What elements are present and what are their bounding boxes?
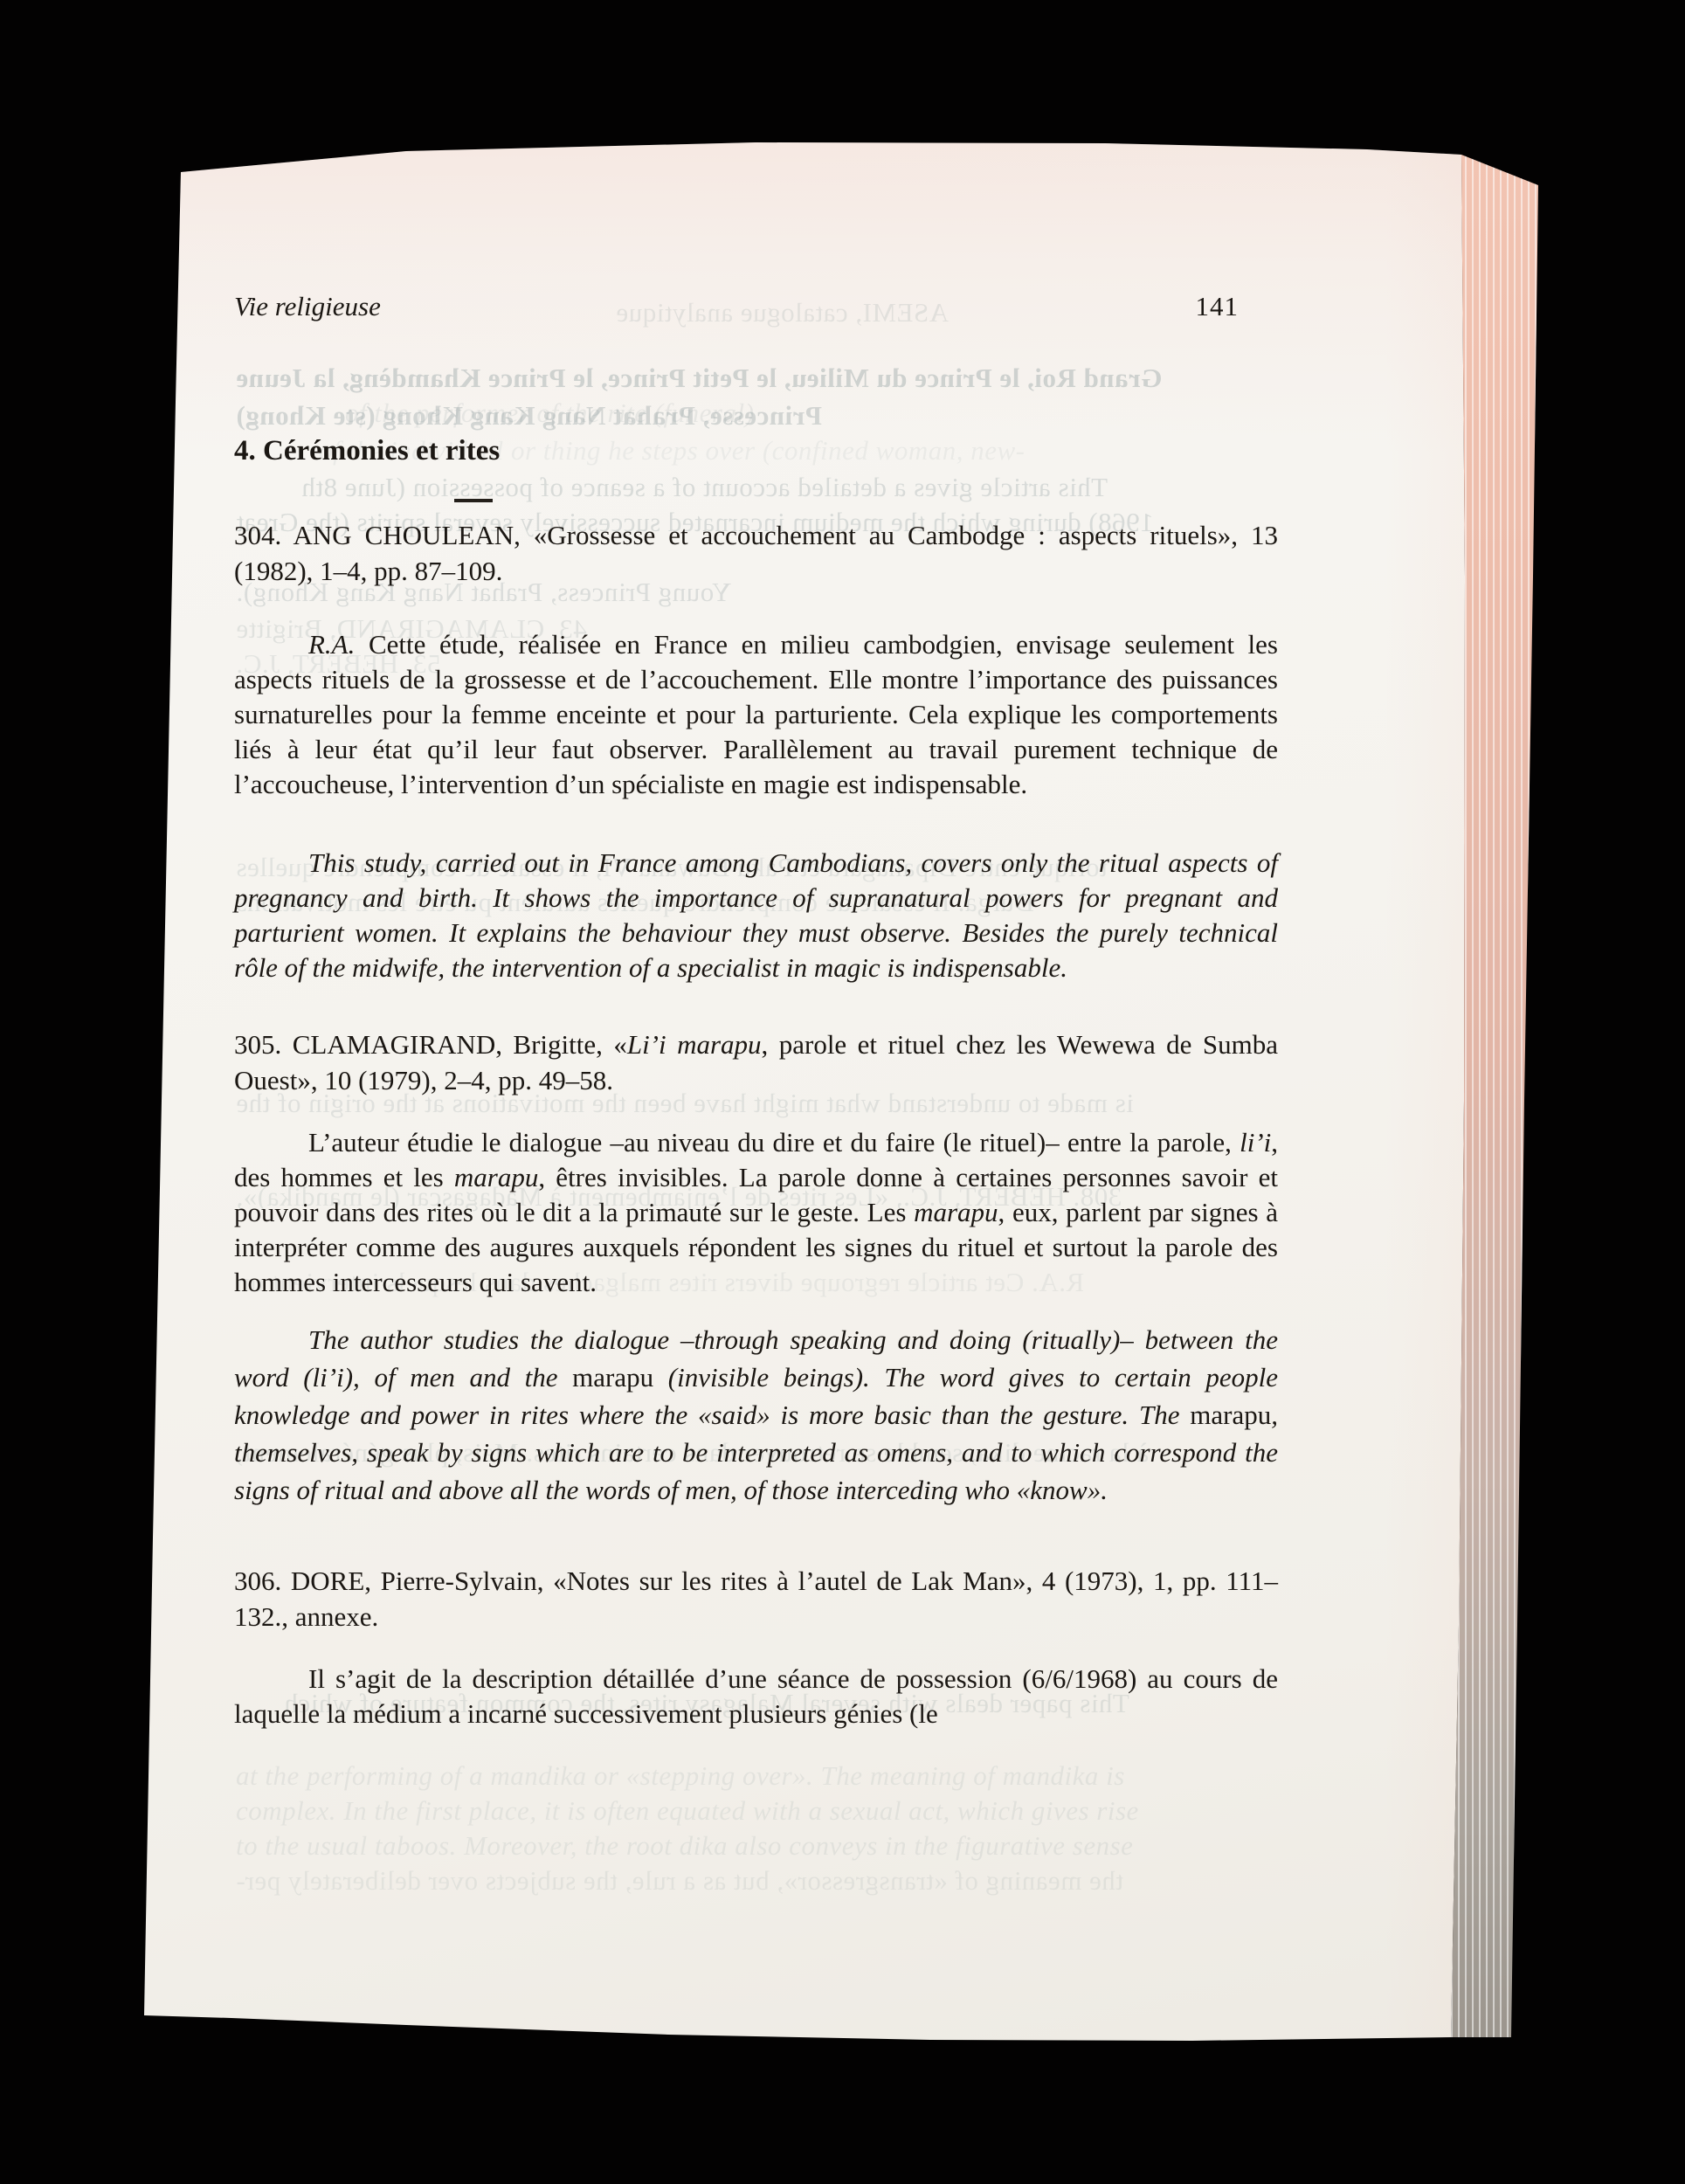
ditto-dash-rule <box>454 499 493 502</box>
page-number: 141 <box>1196 288 1279 324</box>
entry-306: 306. DORE, Pierre-Sylvain, «Notes sur le… <box>234 1563 1278 1635</box>
abstract-305-en: The author studies the dialogue –through… <box>234 1321 1278 1509</box>
running-title: Vie religieuse <box>234 288 381 324</box>
page-header: Vie religieuse 141 <box>234 288 1278 324</box>
book-page: ASEMI, catalogue analytiqueGrand Roi, le… <box>144 140 1542 2042</box>
section-heading: 4. Cérémonies et rites <box>234 432 1278 471</box>
text-column: Vie religieuse 141 4. Cérémonies et rite… <box>234 288 1278 1731</box>
photo-background: ASEMI, catalogue analytiqueGrand Roi, le… <box>0 0 1685 2184</box>
entry-304: 304. ANG CHOULEAN, «Grossesse et accouch… <box>234 517 1278 589</box>
author-ditto-dash <box>234 494 1278 511</box>
abstract-305-fr: L’auteur étudie le dialogue –au niveau d… <box>234 1125 1278 1300</box>
entry-305: 305. CLAMAGIRAND, Brigitte, «Li’i marapu… <box>234 1026 1278 1098</box>
abstract-304-fr: R.A. Cette étude, réalisée en France en … <box>234 627 1278 802</box>
abstract-304-en: This study, carried out in France among … <box>234 846 1278 985</box>
abstract-306-fr: Il s’agit de la description détaillée d’… <box>234 1662 1278 1731</box>
